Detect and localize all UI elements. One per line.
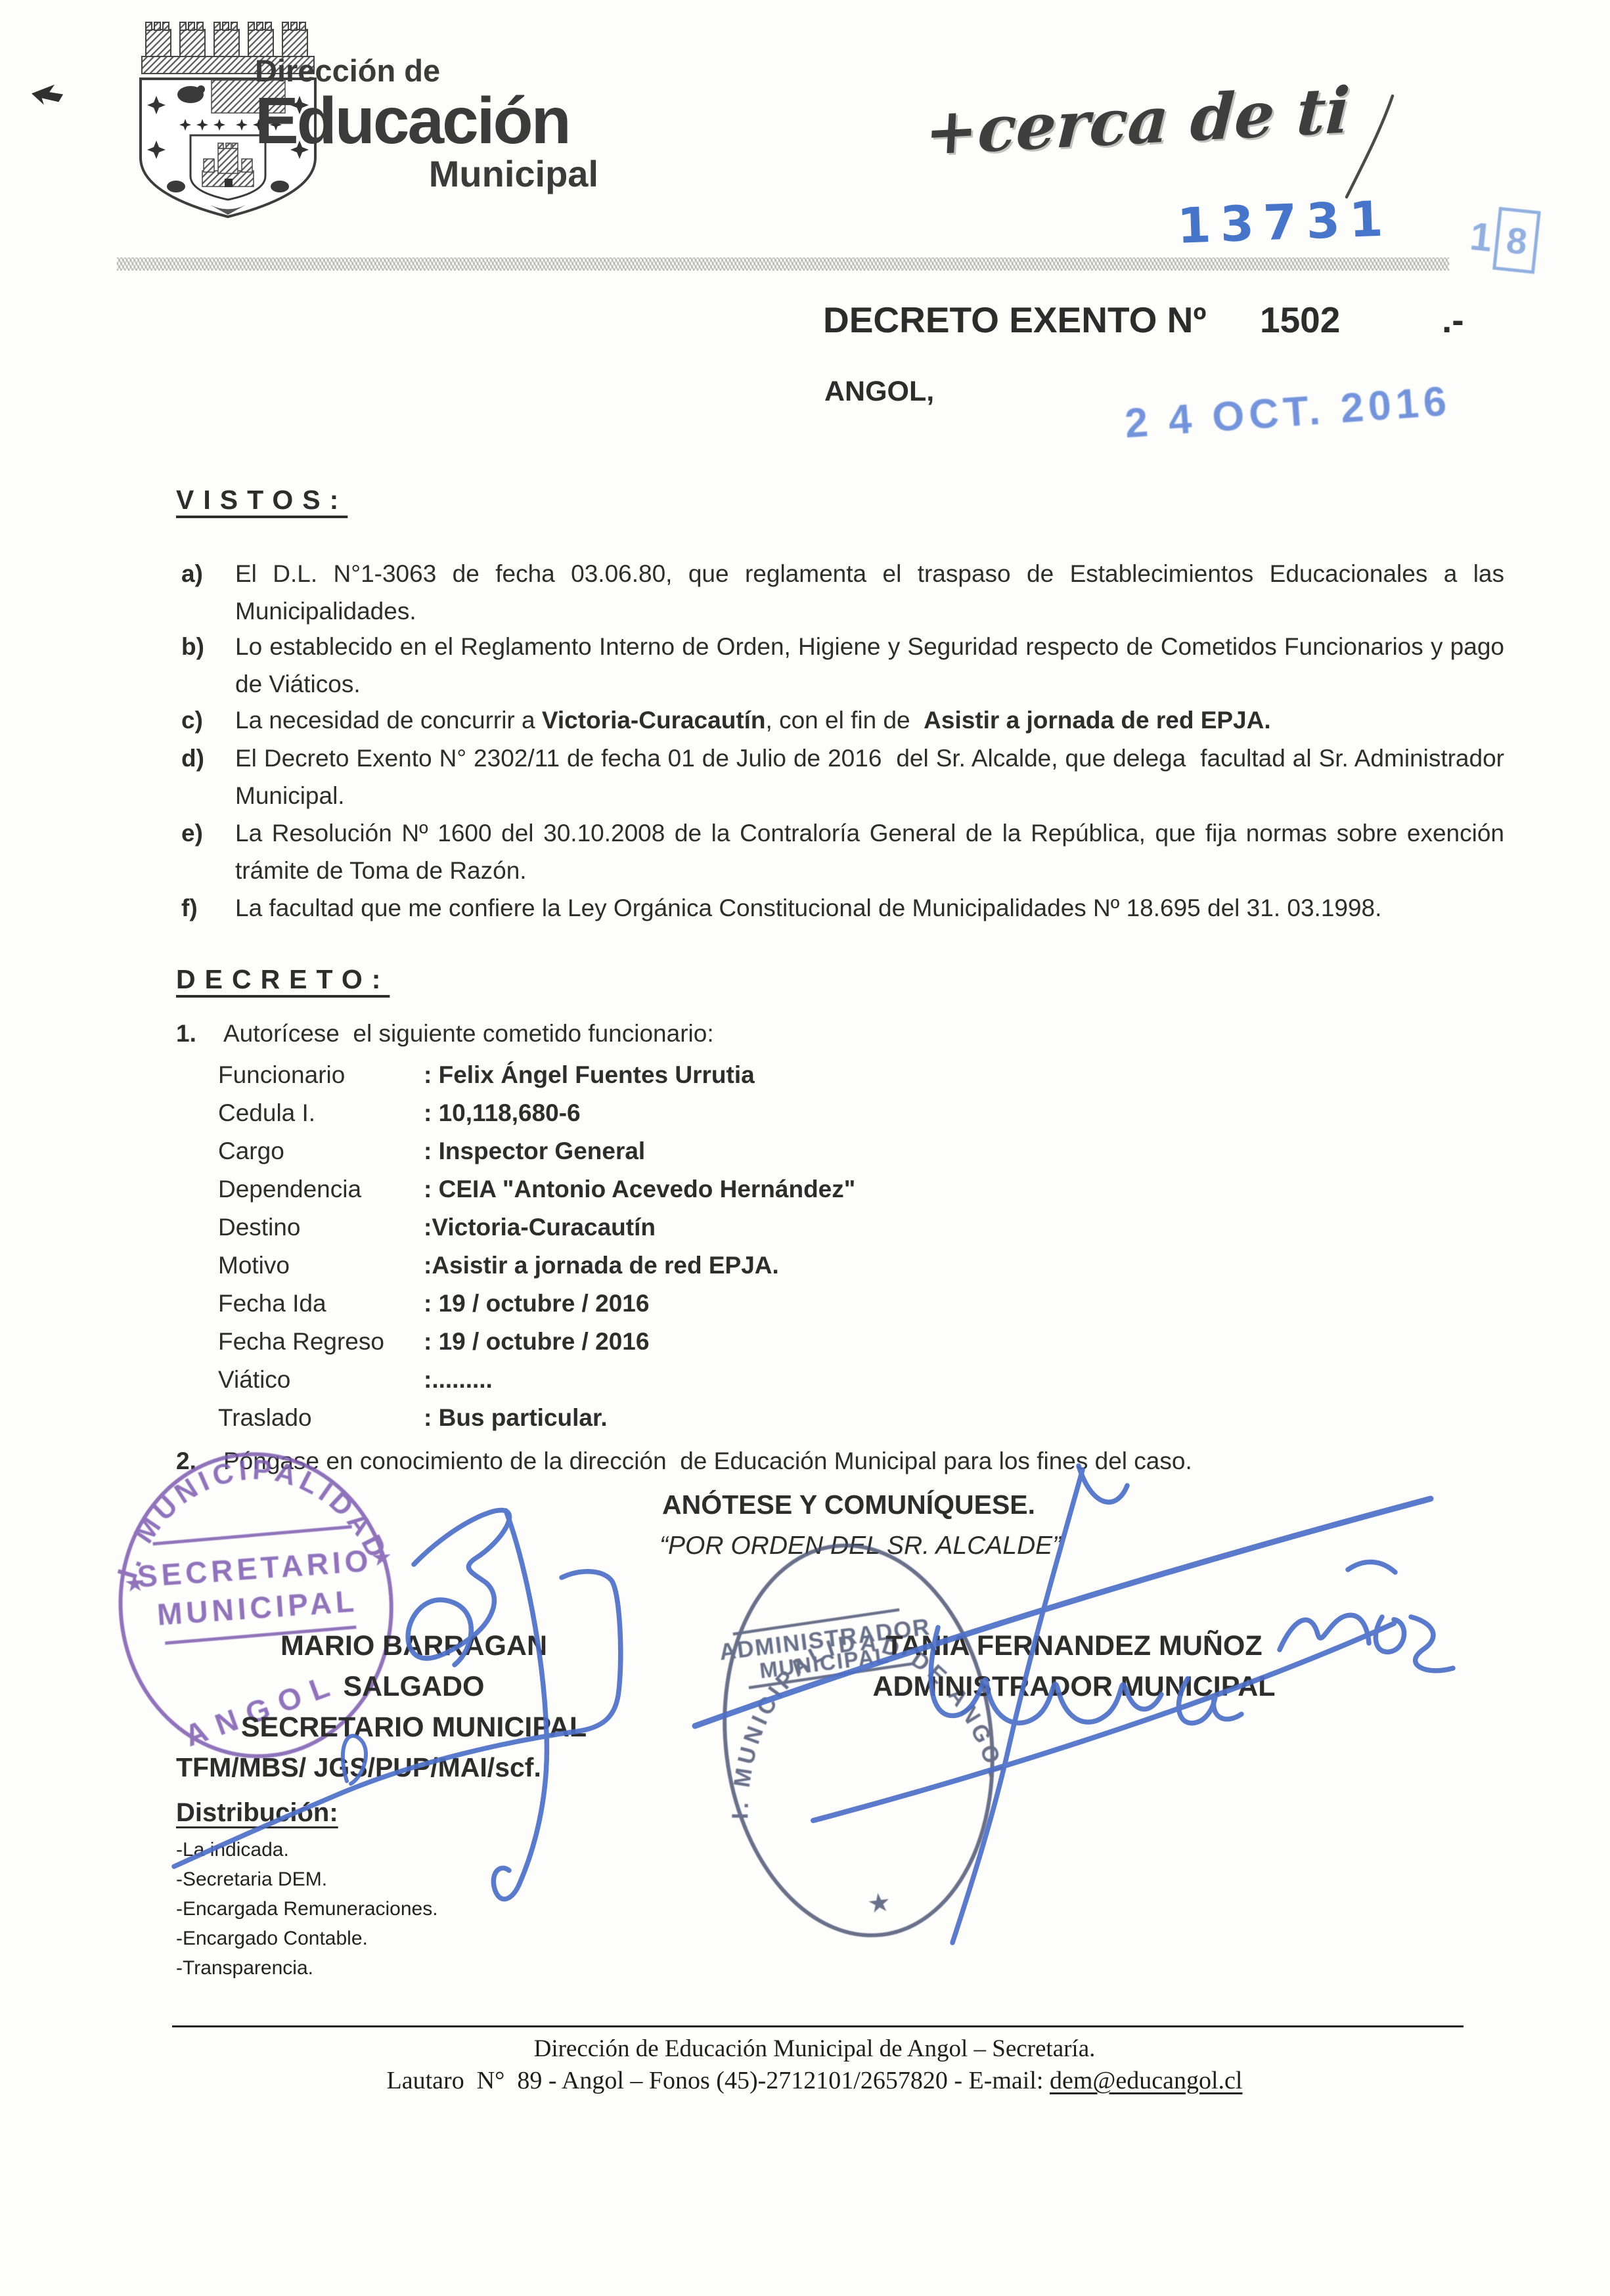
scanned-decree-page: Dirección de Educación Municipal +cerca … — [0, 0, 1610, 2296]
handwritten-ink-overlay — [0, 0, 1610, 2296]
checkmark-pen-stroke — [1347, 96, 1393, 197]
signature-left — [174, 1511, 621, 1899]
signature-right — [695, 1466, 1453, 1943]
